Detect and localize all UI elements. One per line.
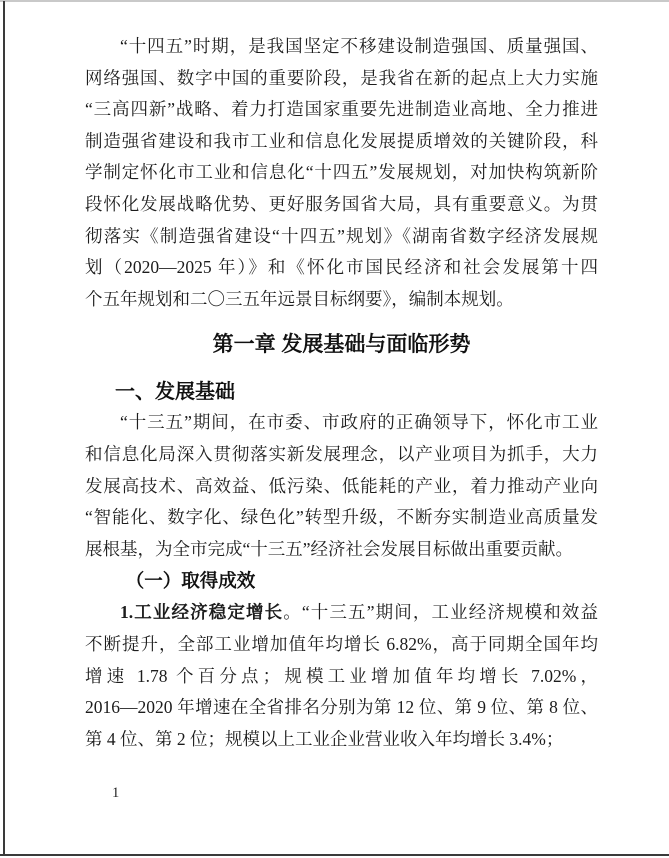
- paragraph-line: 学制定怀化市工业和信息化“十四五”发展规划，对加快构筑新阶: [85, 157, 598, 189]
- paragraph-line: 个五年规划和二〇三五年远景目标纲要》，编制本规划。: [85, 284, 598, 316]
- paragraph-line: 2016—2020 年增速在全省排名分别为第 12 位、第 9 位、第 8 位、: [85, 692, 598, 724]
- paragraph-industrial-growth: 1.工业经济稳定增长。“十三五”期间，工业经济规模和效益 不断提升，全部工业增加…: [85, 597, 598, 755]
- scan-left-edge: [3, 1, 5, 855]
- paragraph-line: 增速 1.78 个百分点；规模工业增加值年均增长 7.02%，: [85, 661, 598, 693]
- page-content: “十四五”时期，是我国坚定不移建设制造强国、质量强国、 网络强国、数字中国的重要…: [85, 31, 598, 755]
- paragraph-line: 展根基，为全市完成“十三五”经济社会发展目标做出重要贡献。: [85, 534, 598, 566]
- paragraph-intro: “十四五”时期，是我国坚定不移建设制造强国、质量强国、 网络强国、数字中国的重要…: [85, 31, 598, 315]
- paragraph-line: 划（2020—2025 年）》和《怀化市国民经济和社会发展第十四: [85, 252, 598, 284]
- paragraph-line: 和信息化局深入贯彻落实新发展理念，以产业项目为抓手，大力: [85, 439, 598, 471]
- paragraph-line: “十四五”时期，是我国坚定不移建设制造强国、质量强国、: [85, 31, 598, 63]
- document-page: “十四五”时期，是我国坚定不移建设制造强国、质量强国、 网络强国、数字中国的重要…: [0, 0, 669, 858]
- paragraph-line: 发展高技术、高效益、低污染、低能耗的产业，着力推动产业向: [85, 471, 598, 503]
- subsection-heading: （一）取得成效: [85, 567, 598, 597]
- paragraph-line: 1.工业经济稳定增长。“十三五”期间，工业经济规模和效益: [85, 597, 598, 629]
- section-heading: 一、发展基础: [85, 377, 598, 407]
- paragraph-development-basis: “十三五”期间，在市委、市政府的正确领导下，怀化市工业 和信息化局深入贯彻落实新…: [85, 407, 598, 565]
- page-number: 1: [112, 784, 119, 802]
- paragraph-line: “智能化、数字化、绿色化”转型升级，不断夯实制造业高质量发: [85, 502, 598, 534]
- paragraph-line: 网络强国、数字中国的重要阶段，是我省在新的起点上大力实施: [85, 63, 598, 95]
- paragraph-line: “十三五”期间，在市委、市政府的正确领导下，怀化市工业: [85, 407, 598, 439]
- paragraph-line: 制造强省建设和我市工业和信息化发展提质增效的关键阶段，科: [85, 126, 598, 158]
- scan-top-edge: [0, 0, 669, 2]
- chapter-heading: 第一章 发展基础与面临形势: [85, 329, 598, 361]
- paragraph-line: 彻落实《制造强省建设“十四五”规划》《湖南省数字经济发展规: [85, 221, 598, 253]
- paragraph-line: 第 4 位、第 2 位；规模以上工业企业营业收入年均增长 3.4%；: [85, 724, 598, 756]
- paragraph-text: 。“十三五”期间，工业经济规模和效益: [283, 602, 598, 622]
- scan-bottom-edge: [0, 854, 669, 856]
- paragraph-line: “三高四新”战略、着力打造国家重要先进制造业高地、全力推进: [85, 94, 598, 126]
- numbered-point-title: 1.工业经济稳定增长: [120, 602, 283, 622]
- paragraph-line: 段怀化发展战略优势、更好服务国省大局，具有重要意义。为贯: [85, 189, 598, 221]
- paragraph-line: 不断提升，全部工业增加值年均增长 6.82%，高于同期全国年均: [85, 629, 598, 661]
